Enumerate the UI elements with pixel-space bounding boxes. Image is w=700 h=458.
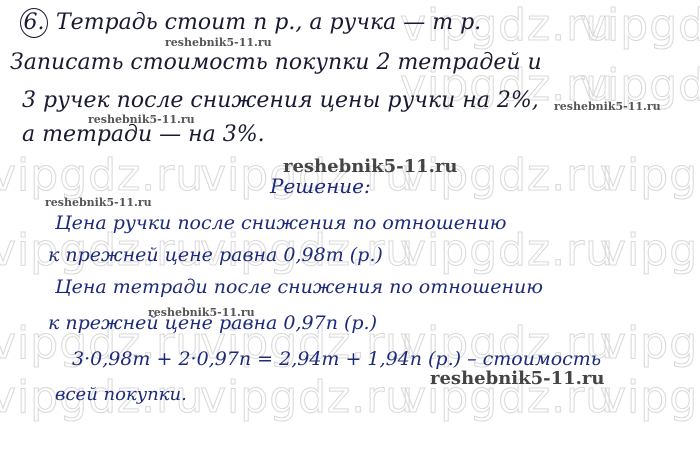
problem-line-3: 3 ручек после снижения цены ручки на 2%, [22,88,539,113]
solution-line-4: к прежней цене равна 0,97n (р.) [48,312,377,334]
watermark-small: reshebnik5-11.ru [430,368,604,389]
problem-text: Тетрадь стоит n р., а ручка — m р. [56,10,481,35]
problem-number: 6. [20,8,48,38]
problem-line-1: 6.Тетрадь стоит n р., а ручка — m р. [20,8,481,38]
watermark-large: vipgdz.ru [200,372,414,423]
watermark-small: reshebnik5-11.ru [165,36,272,49]
solution-line-3: Цена тетради после снижения по отношению [55,276,543,298]
watermark-large: vipgdz.ru [600,318,700,369]
solution-line-6: всей покупки. [55,384,187,405]
homework-page: vipgdz.ru vipgdz.ru vipgdz.ru vipgdz.ru … [0,0,700,458]
watermark-large: vipgdz.ru [0,150,204,201]
watermark-small: reshebnik5-11.ru [88,113,195,126]
watermark-small: reshebnik5-11.ru [554,100,661,113]
solution-line-2: к прежней цене равна 0,98m (р.) [48,244,383,266]
watermark-large: vipgdz.ru [600,372,700,423]
watermark-large: vipgdz.ru [580,0,700,51]
watermark-large: vipgdz.ru [600,150,700,201]
watermark-large: vipgdz.ru [600,225,700,276]
problem-line-2: Записать стоимость покупки 2 тетрадей и [10,50,542,75]
solution-line-1: Цена ручки после снижения по отношению [55,212,506,234]
solution-heading: Решение: [270,174,371,198]
solution-equation: 3·0,98m + 2·0,97n = 2,94m + 1,94n (р.) –… [72,348,601,370]
watermark-small: reshebnik5-11.ru [45,196,152,209]
